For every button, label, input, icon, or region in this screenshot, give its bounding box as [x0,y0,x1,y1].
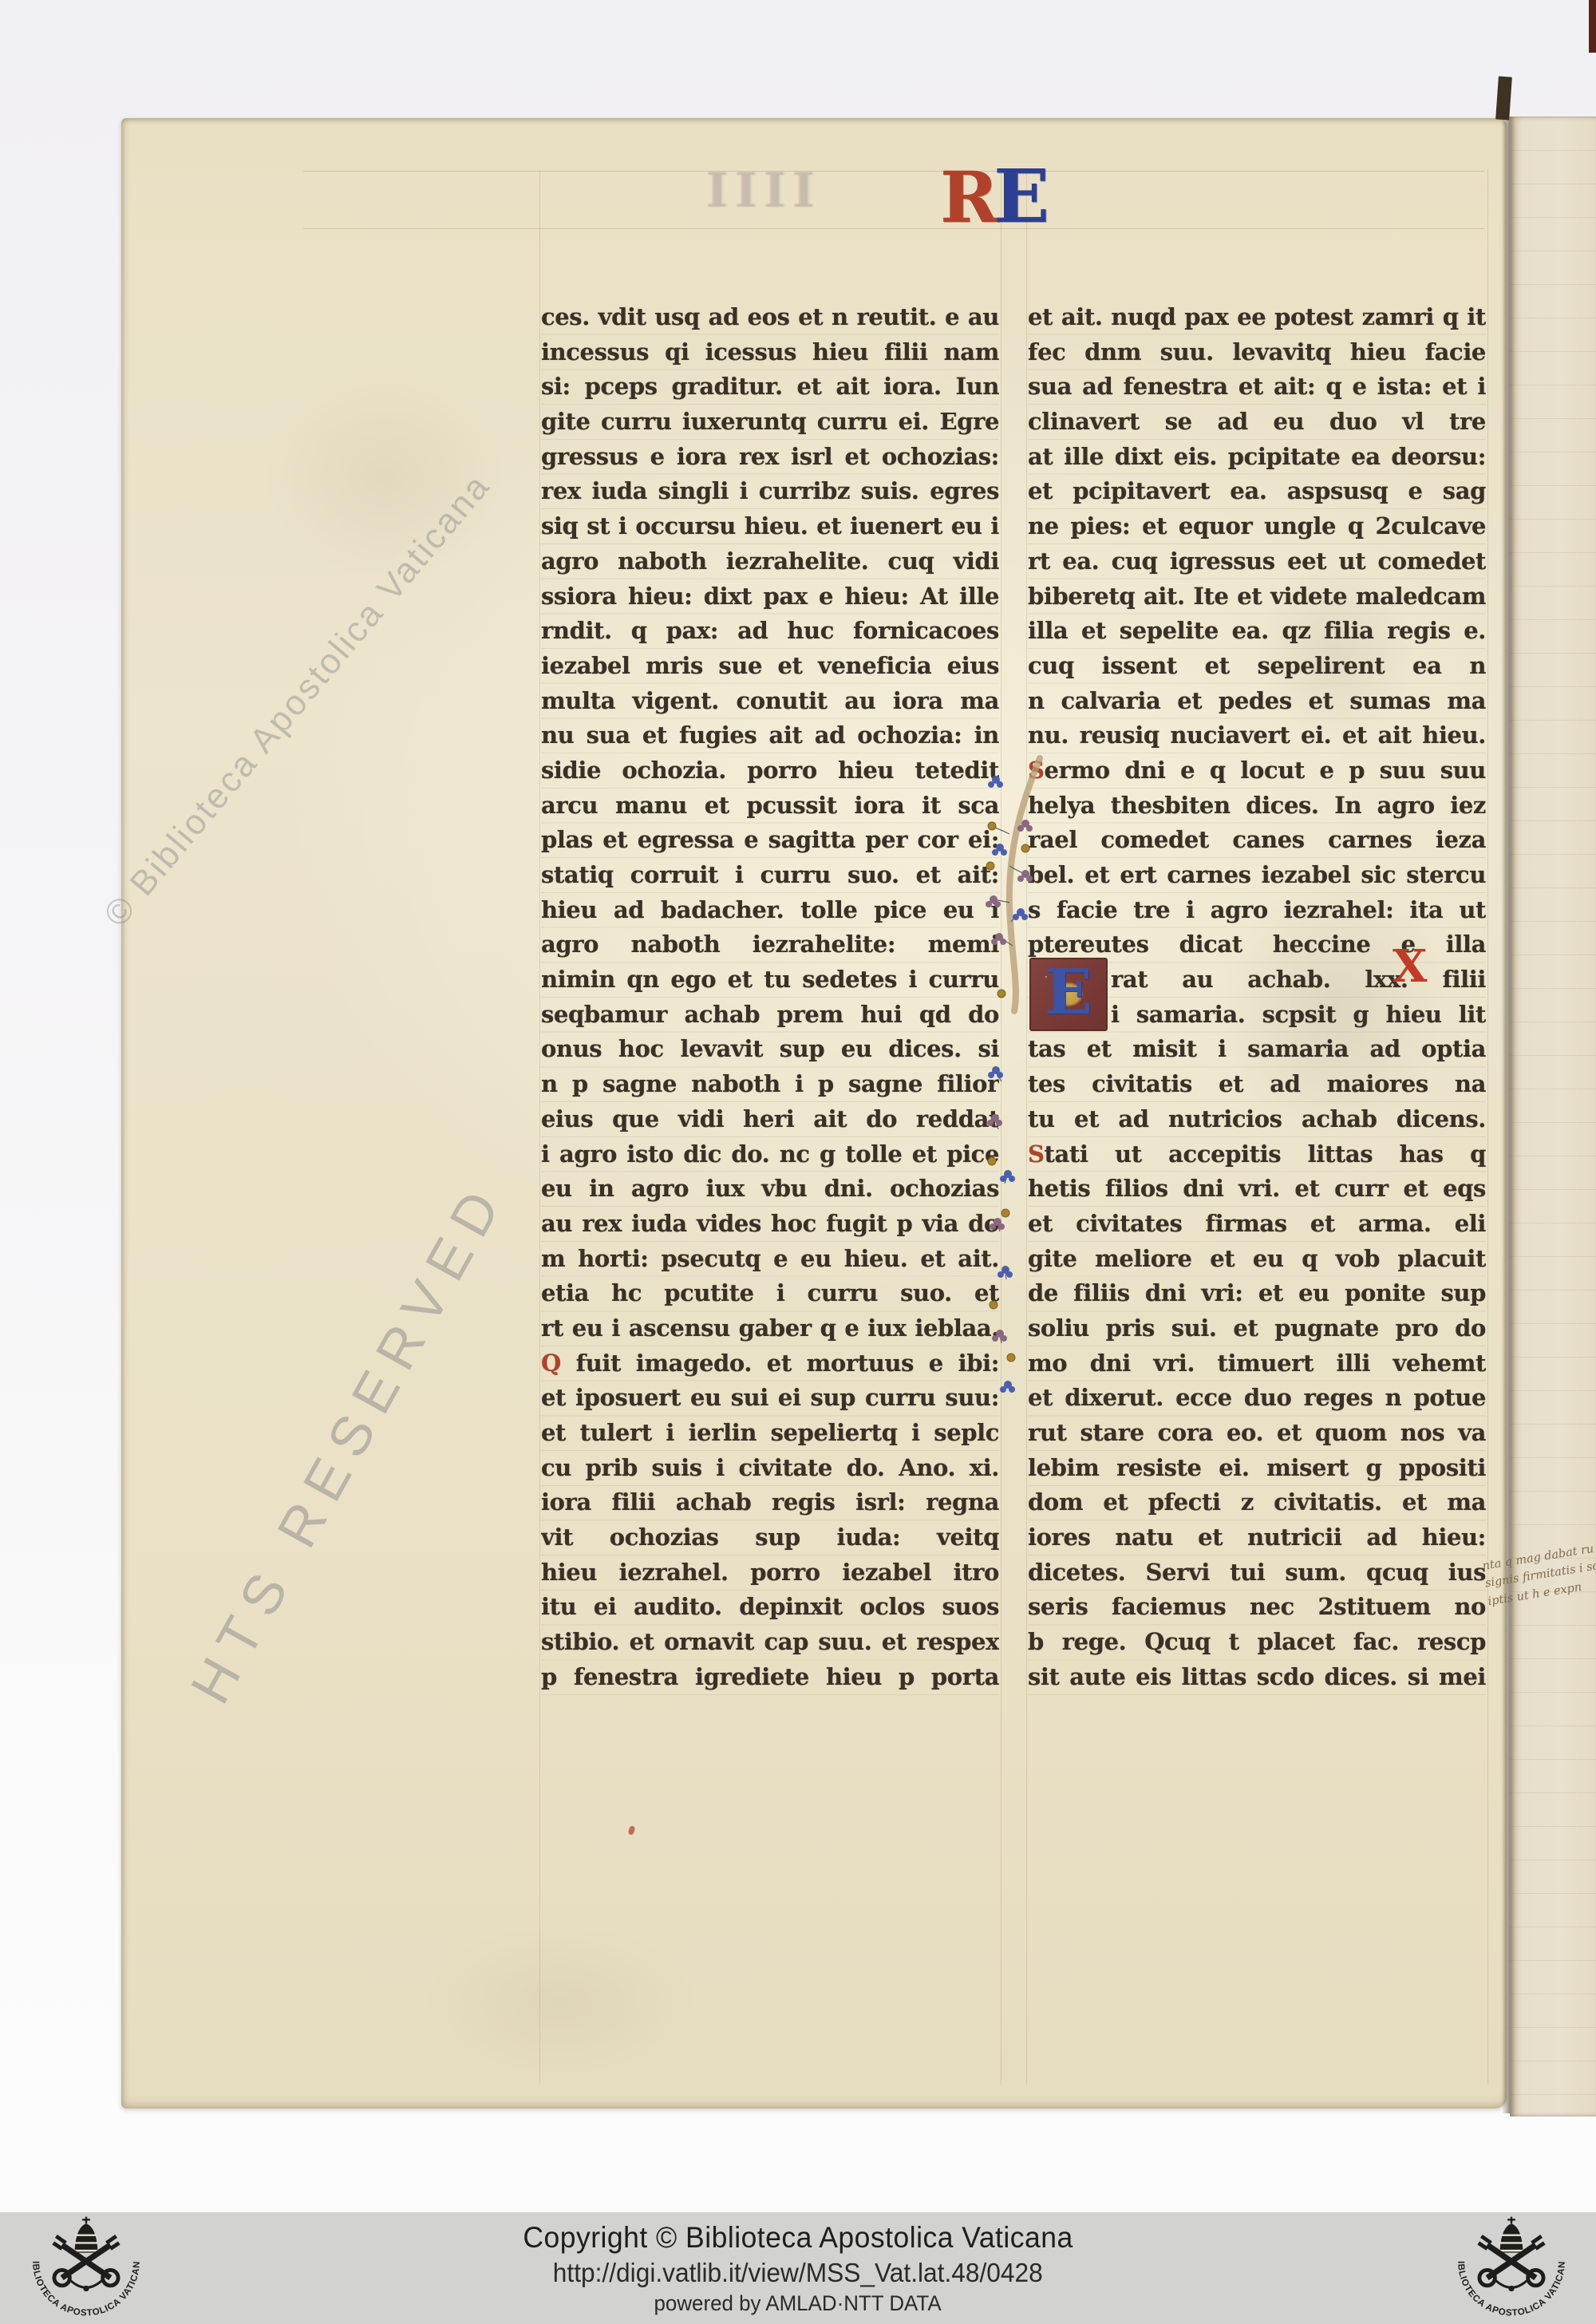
text-line: lebim resiste ei. misert g ppositi [1028,1451,1486,1486]
text-line: rex iuda singli i curribz suis. egres [541,474,999,509]
digitized-manuscript-viewer: { "page": { "running_title": { "left_let… [0,0,1596,2324]
text-line: nu sua et fugies ait ad ochozia: in [541,718,999,753]
text-line: soliu pris sui. et pugnate pro do [1028,1311,1486,1346]
text-line: gite meliore et eu q vob placuit [1028,1242,1486,1277]
text-line: n calvaria et pedes et sumas ma [1028,684,1486,719]
text-line: eu in agro iux vbu dni. ochozias [541,1172,999,1207]
text-line: dicetes. Servi tui sum. qcuq ius [1028,1555,1486,1591]
text-line: au rex iuda vides hoc fugit p via do [541,1207,999,1242]
parchment-stain [425,1922,696,2081]
text-line: iores natu et nutricii ad hieu: [1028,1520,1486,1555]
text-line: rt ea. cuq igressus eet ut comedet [1028,544,1486,579]
text-line: seqbamur achab prem hui qd do [541,998,999,1033]
text-line: de filiis dni vri: et eu ponite sup [1028,1276,1486,1311]
text-line: ne pies: et equor ungle q 2culcave [1028,509,1486,544]
text-line: arcu manu et pcussit iora it sca [541,788,999,824]
text-line: multa vigent. conutit au iora ma [541,684,999,719]
text-line: s facie tre i agro iezrahel: ita ut [1028,893,1486,928]
papal-tiara-icon [1499,2217,1524,2253]
text-line: incessus qi icessus hieu filii nam [541,335,999,370]
running-title: RE [940,160,1049,233]
text-line: rael comedet canes carnes ieza [1028,823,1486,858]
binding-edge [1589,0,1596,53]
binding-tab [1495,76,1512,120]
text-line: sidie ochozia. porro hieu tetedit [541,753,999,788]
running-title-letter-e: E [994,153,1049,239]
text-line: at ille dixt eis. pcipitate ea deorsu: [1028,440,1486,475]
chapter-number: X [1393,940,1427,993]
text-line: Q fuit imagedo. et mortuus e ibi: [541,1346,999,1381]
text-line: m horti: psecutq e eu hieu. et ait. [541,1242,999,1277]
text-line: helya thesbiten dices. In agro iez [1028,788,1486,824]
text-column-left: ces. vdit usq ad eos et n reutit. e auin… [541,300,999,1695]
text-line: tu et ad nutricios achab dicens. [1028,1102,1486,1137]
text-line: cuq issent et sepelirent ea n iuenert [1028,649,1486,684]
text-line: tes civitatis et ad maiores na [1028,1067,1486,1102]
text-line: et civitates firmas et arma. eli [1028,1207,1486,1242]
text-line: iora filii achab regis isrl: regna [541,1485,999,1520]
text-line: ssiora hieu: dixt pax e hieu: At ille [541,579,999,615]
text-line: si: pceps graditur. et ait iora. Iun [541,370,999,405]
text-line: et iposuert eu sui ei sup curru suu: [541,1381,999,1416]
vatican-library-emblem-left: BIBLIOTECA APOSTOLICA VATICANA [16,2214,156,2322]
bleedthrough-numeral: IIII [705,163,820,219]
text-line: agro naboth iezrahelite: memi [541,927,999,962]
text-line: agro naboth iezrahelite. cuq vidi [541,544,999,579]
footer-powered-by: powered by AMLAD·NTT DATA [654,2291,942,2316]
text-line: hieu iezrahel. porro iezabel itro [541,1555,999,1591]
text-line: stibio. et ornavit cap suu. et respex [541,1625,999,1660]
text-line: rut stare cora eo. et quom nos va [1028,1416,1486,1451]
text-line: statiq corruit i curru suo. et ait: [541,858,999,893]
text-line: Sermo dni e q locut e p suu suu [1028,753,1486,788]
text-line: sua ad fenestra et ait: q e ista: et i [1028,370,1486,405]
text-line: et pcipitavert ea. aspsusq e sag [1028,474,1486,509]
text-line: sit aute eis littas scdo dices. si mei [1028,1660,1486,1695]
text-line: clinavert se ad eu duo vl tre eunuchi [1028,405,1486,440]
text-line: fec dnm suu. levavitq hieu facie [1028,335,1486,370]
text-line: et dixerut. ecce duo reges n potue [1028,1381,1486,1416]
running-title-letter-r: R [940,156,998,239]
text-line: hetis filios dni vri. et curr et eqs [1028,1172,1486,1207]
text-line: n p sagne naboth i p sagne filior [541,1067,999,1102]
text-line: plas et egressa e sagitta per cor ei: [541,823,999,858]
papal-tiara-icon [73,2217,99,2253]
text-line: biberetq ait. Ite et videte maledcam [1028,579,1486,615]
text-line: hieu ad badacher. tolle pice eu i [541,893,999,928]
text-line: onus hoc levavit sup eu dices. si [541,1032,999,1067]
text-line: vit ochozias sup iuda: veitq [541,1520,999,1555]
next-page-edge [1510,117,1596,2116]
text-line: rndit. q pax: ad huc fornicacoes [541,614,999,649]
text-line: Stati ut accepitis littas has q [1028,1137,1486,1172]
text-line: nimin qn ego et tu sedetes i curru [541,962,999,998]
vatican-library-emblem-right: BIBLIOTECA APOSTOLICA VATICANA [1441,2214,1582,2322]
marginal-vine-decoration [970,746,1049,1409]
text-line: nu. reusiq nuciavert ei. et ait hieu. [1028,718,1486,753]
ruling-line [539,169,540,2085]
ruling-line [303,171,1484,172]
footer-bar: Copyright © Biblioteca Apostolica Vatica… [0,2212,1596,2324]
text-line: itu ei audito. depinxit oclos suos [541,1590,999,1625]
text-line: p fenestra igrediete hieu p porta [541,1660,999,1695]
text-line: i agro isto dic do. nc g tolle et pice [541,1137,999,1172]
ruling-line [303,228,1484,229]
text-line: bel. et ert carnes iezabel sic stercu [1028,858,1486,893]
text-line: eius que vidi heri ait do reddat [541,1102,999,1137]
text-line: b rege. Qcuq t placet fac. rescp [1028,1625,1486,1660]
text-line: mo dni vri. timuert illi vehemt [1028,1346,1486,1381]
text-line: gite curru iuxeruntq curru ei. Egre [541,405,999,440]
initial-letter: E [1045,962,1092,1024]
text-line: et tulert i ierlin sepeliertq i seplc [541,1416,999,1451]
text-line: iezabel mris sue et veneficia eius [541,649,999,684]
footer-copyright: Copyright © Biblioteca Apostolica Vatica… [523,2221,1073,2255]
text-line: seris faciemus nec 2stituem no [1028,1590,1486,1625]
text-line: et ait. nuqd pax ee potest zamri q it [1028,300,1486,335]
ruling-line [1487,169,1488,2085]
footer-url: http://digi.vatlib.it/view/MSS_Vat.lat.4… [553,2258,1043,2288]
text-line: etia hc pcutite i curru suo. et pcusse [541,1276,999,1311]
page-gutter [1502,117,1510,2113]
text-line: gressus e iora rex isrl et ochozias: [541,440,999,475]
parchment-stain [265,373,504,581]
text-line: dom et pfecti z civitatis. et ma [1028,1485,1486,1520]
text-line: rt eu i ascensu gaber q e iux ieblaa. [541,1311,999,1346]
text-line: tas et misit i samaria ad optia [1028,1032,1486,1067]
text-line: ces. vdit usq ad eos et n reutit. e au [541,300,999,335]
text-line: cu prib suis i civitate do. Ano. xi. [541,1451,999,1486]
text-line: illa et sepelite ea. qz filia regis e. [1028,614,1486,649]
text-line: siq st i occursu hieu. et iuenert eu i [541,509,999,544]
